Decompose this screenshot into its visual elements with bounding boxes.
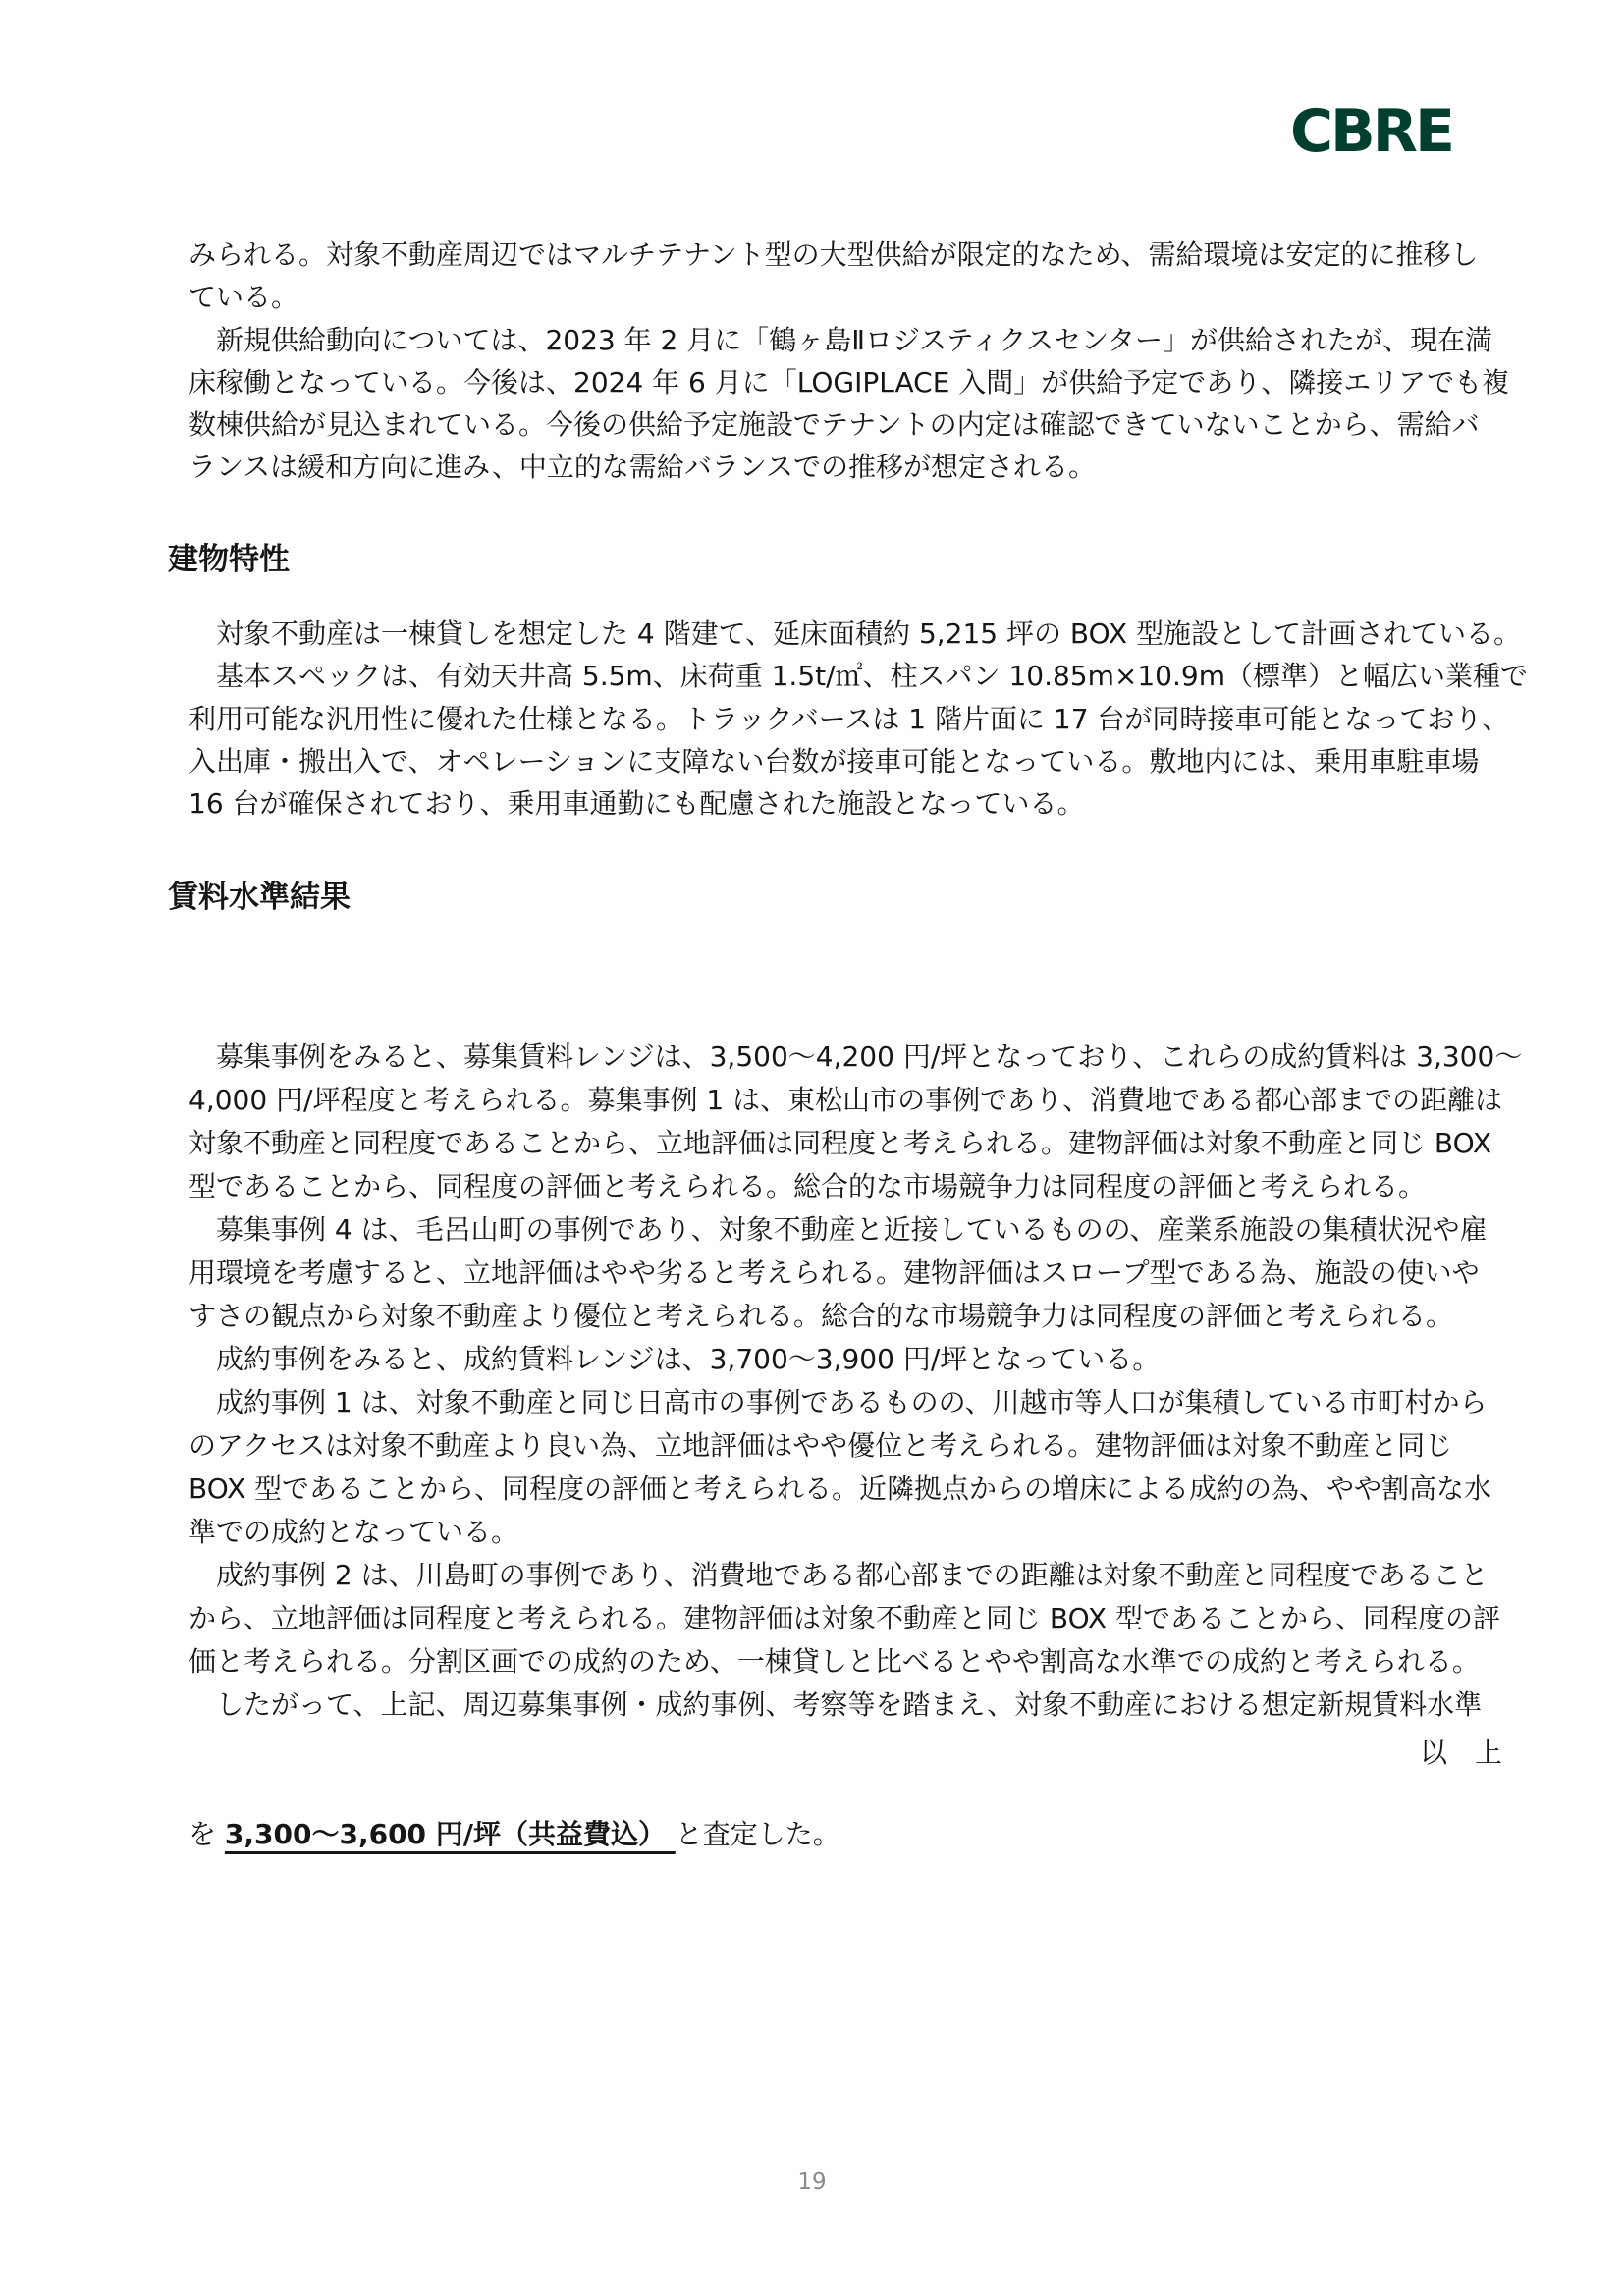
text-line: したがって、上記、周辺募集事例・成約事例、考察等を踏まえ、対象不動産における想定… (189, 1683, 1514, 1727)
assessment-prefix: を (189, 1818, 225, 1850)
rent-level-result-paragraph: 募集事例をみると、募集賃料レンジは、3,500～4,200 円/坪となっており、… (189, 949, 1514, 1943)
text-line: 4,000 円/坪程度と考えられる。募集事例 1 は、東松山市の事例であり、消費… (189, 1079, 1514, 1122)
building-characteristics-heading: 建物特性 (168, 539, 290, 581)
cbre-logo: CBRE (1290, 102, 1452, 161)
text-line: 募集事例をみると、募集賃料レンジは、3,500～4,200 円/坪となっており、… (189, 1036, 1514, 1079)
text-line: 利用可能な汎用性に優れた仕様となる。トラックバースは 1 階片面に 17 台が同… (189, 698, 1514, 740)
text-line: 準での成約となっている。 (189, 1511, 1514, 1554)
page-number: 19 (0, 2167, 1624, 2197)
text-line: すさの観点から対象不動産より優位と考えられる。総合的な市場競争力は同程度の評価と… (189, 1295, 1514, 1338)
building-characteristics-paragraph: 対象不動産は一棟貸しを想定した 4 階建て、延床面積約 5,215 坪の BOX… (189, 613, 1514, 825)
text-line: 入出庫・搬出入で、オペレーションに支障ない台数が接車可能となっている。敷地内には… (189, 740, 1514, 782)
text-line: 床稼働となっている。今後は、2024 年 6 月に「LOGIPLACE 入間」が… (189, 361, 1514, 403)
assessed-rent-value: 3,300～3,600 円/坪（共益費込） (225, 1818, 676, 1850)
rent-paragraph-lines: 募集事例をみると、募集賃料レンジは、3,500～4,200 円/坪となっており、… (189, 1036, 1514, 1727)
text-line: 成約事例 1 は、対象不動産と同じ日高市の事例であるものの、川越市等人口が集積し… (189, 1381, 1514, 1424)
document-page: CBRE みられる。対象不動産周辺ではマルチテナント型の大型供給が限定的なため、… (0, 0, 1624, 2296)
text-line: 価と考えられる。分割区画での成約のため、一棟貸しと比べるとやや割高な水準での成約… (189, 1640, 1514, 1683)
market-trend-paragraphs: みられる。対象不動産周辺ではマルチテナント型の大型供給が限定的なため、需給環境は… (189, 234, 1514, 489)
text-line: ている。 (189, 276, 1514, 318)
text-line: から、立地評価は同程度と考えられる。建物評価は対象不動産と同じ BOX 型である… (189, 1597, 1514, 1640)
closing-ijou-text: 以 上 (189, 1732, 1502, 1774)
text-line: のアクセスは対象不動産より良い為、立地評価はやや優位と考えられる。建物評価は対象… (189, 1424, 1514, 1468)
rent-level-result-heading: 賃料水準結果 (168, 877, 351, 919)
text-line: 新規供給動向については、2023 年 2 月に「鶴ヶ島Ⅱロジスティクスセンター」… (189, 319, 1514, 361)
text-line: ランスは緩和方向に進み、中立的な需給バランスでの推移が想定される。 (189, 446, 1514, 488)
text-line: 数棟供給が見込まれている。今後の供給予定施設でテナントの内定は確認できていないこ… (189, 403, 1514, 446)
text-line: みられる。対象不動産周辺ではマルチテナント型の大型供給が限定的なため、需給環境は… (189, 234, 1514, 276)
text-line: 成約事例 2 は、川島町の事例であり、消費地である都心部までの距離は対象不動産と… (189, 1554, 1514, 1597)
assessment-suffix: と査定した。 (676, 1818, 840, 1850)
text-line: 募集事例 4 は、毛呂山町の事例であり、対象不動産と近接しているものの、産業系施… (189, 1208, 1514, 1252)
text-line: 基本スペックは、有効天井高 5.5m、床荷重 1.5t/㎡、柱スパン 10.85… (189, 655, 1514, 697)
text-line: 成約事例をみると、成約賃料レンジは、3,700～3,900 円/坪となっている。 (189, 1338, 1514, 1381)
text-line: 型であることから、同程度の評価と考えられる。総合的な市場競争力は同程度の評価と考… (189, 1165, 1514, 1208)
text-line: 対象不動産と同程度であることから、立地評価は同程度と考えられる。建物評価は対象不… (189, 1122, 1514, 1165)
assessment-line: を 3,300～3,600 円/坪（共益費込） と査定した。 (189, 1813, 1514, 1856)
text-line: BOX 型であることから、同程度の評価と考えられる。近隣拠点からの増床による成約… (189, 1468, 1514, 1511)
text-line: 用環境を考慮すると、立地評価はやや劣ると考えられる。建物評価はスロープ型である為… (189, 1252, 1514, 1295)
text-line: 16 台が確保されており、乗用車通勤にも配慮された施設となっている。 (189, 782, 1514, 825)
text-line: 対象不動産は一棟貸しを想定した 4 階建て、延床面積約 5,215 坪の BOX… (189, 613, 1514, 655)
